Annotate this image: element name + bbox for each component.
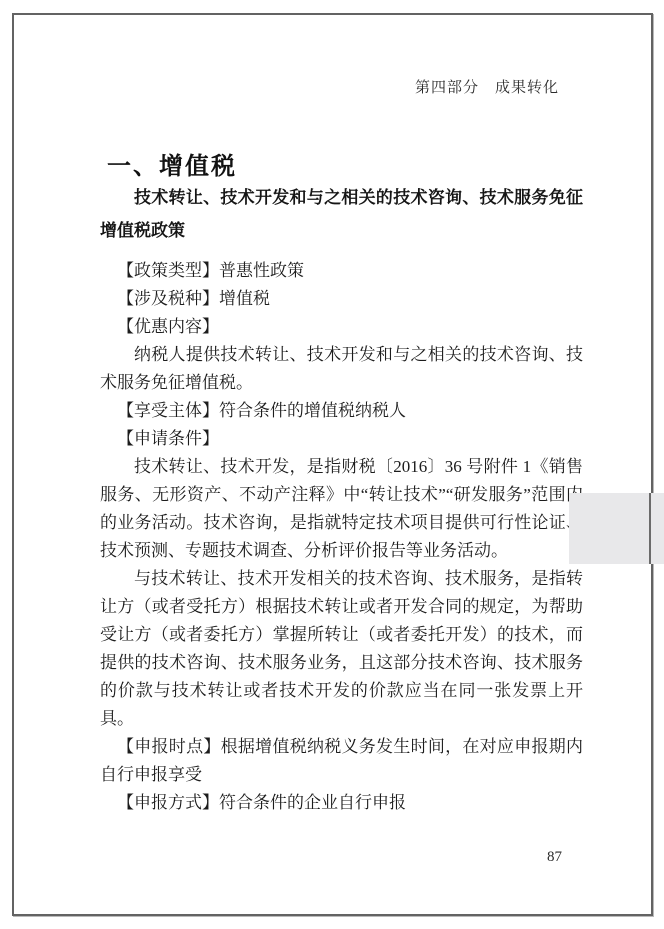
field-value: 符合条件的增值税纳税人 xyxy=(219,401,406,420)
field-label: 【享受主体】 xyxy=(117,401,219,420)
field-label: 【涉及税种】 xyxy=(117,289,219,308)
field-benefit-content: 【优惠内容】 xyxy=(100,313,583,341)
page-border-segment xyxy=(649,493,651,564)
field-label: 【政策类型】 xyxy=(117,261,219,280)
paragraph-definition-related-services: 与技术转让、技术开发相关的技术咨询、技术服务，是指转让方（或者受托方）根据技术转… xyxy=(100,565,583,733)
page-number: 87 xyxy=(547,849,562,866)
field-value: 普惠性政策 xyxy=(219,261,304,280)
field-filing-method: 【申报方式】符合条件的企业自行申报 xyxy=(100,789,583,817)
field-label: 【优惠内容】 xyxy=(117,317,219,336)
running-header: 第四部分 成果转化 xyxy=(415,76,559,97)
paragraph-benefit: 纳税人提供技术转让、技术开发和与之相关的技术咨询、技术服务免征增值税。 xyxy=(100,341,583,397)
section-title: 一、增值税 xyxy=(107,146,237,181)
field-value: 增值税 xyxy=(219,289,270,308)
field-label: 【申报时点】 xyxy=(117,737,221,756)
book-page: 第四部分 成果转化 一、增值税 技术转让、技术开发和与之相关的技术咨询、技术服务… xyxy=(12,13,653,916)
field-label: 【申请条件】 xyxy=(117,429,219,448)
field-policy-type: 【政策类型】普惠性政策 xyxy=(100,257,583,285)
field-tax-type: 【涉及税种】增值税 xyxy=(100,285,583,313)
policy-title: 技术转让、技术开发和与之相关的技术咨询、技术服务免征增值税政策 xyxy=(100,181,583,247)
paragraph-definition-transfer: 技术转让、技术开发，是指财税〔2016〕36 号附件 1《销售服务、无形资产、不… xyxy=(100,453,583,565)
field-label: 【申报方式】 xyxy=(117,793,219,812)
field-eligible-entity: 【享受主体】符合条件的增值税纳税人 xyxy=(100,397,583,425)
field-value: 符合条件的企业自行申报 xyxy=(219,793,406,812)
field-filing-time: 【申报时点】根据增值税纳税义务发生时间，在对应申报期内自行申报享受 xyxy=(100,733,583,789)
field-application-conditions: 【申请条件】 xyxy=(100,425,583,453)
page-content: 技术转让、技术开发和与之相关的技术咨询、技术服务免征增值税政策 【政策类型】普惠… xyxy=(100,181,583,817)
